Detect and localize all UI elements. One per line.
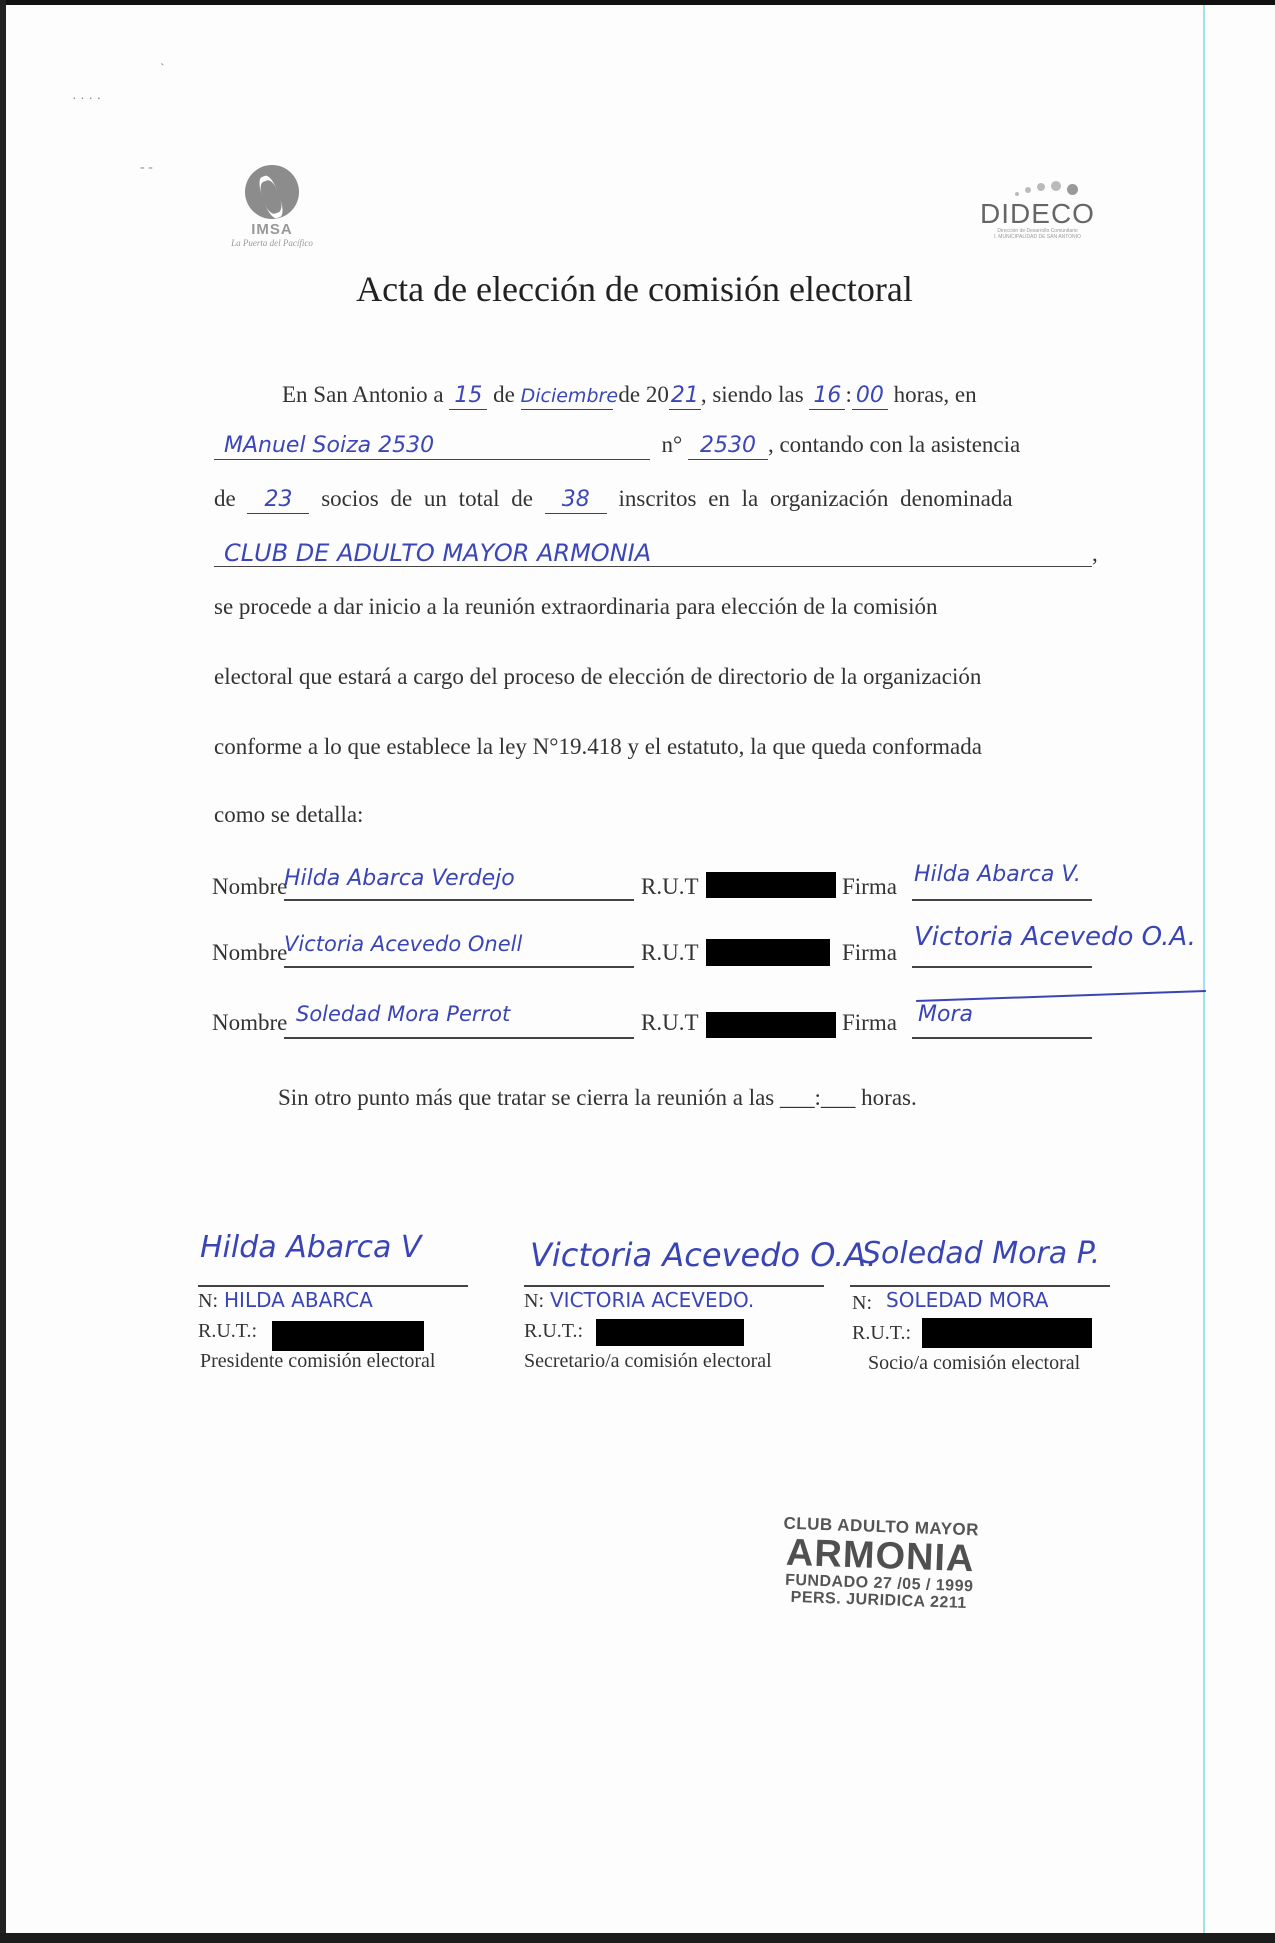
signature-line <box>850 1285 1110 1287</box>
secretary-name: VICTORIA ACEVEDO. <box>550 1288 754 1312</box>
signature-underline <box>912 966 1092 968</box>
dideco-subtitle-municipality: I. MUNICIPALIDAD DE SAN ANTONIO <box>975 234 1100 240</box>
member-name-field[interactable]: Victoria Acevedo Onell <box>284 932 522 956</box>
signature-underline <box>912 1037 1092 1039</box>
member-signature: Victoria Acevedo O.A. <box>914 922 1196 952</box>
closing-minute-field[interactable]: ___ <box>821 1085 856 1110</box>
role-label: Presidente comisión electoral <box>200 1350 435 1373</box>
dideco-name: DIDECO <box>975 200 1100 228</box>
day-field[interactable]: 15 <box>449 383 487 410</box>
year-field[interactable]: 21 <box>669 383 701 410</box>
scan-artifact: · · · · <box>72 92 101 108</box>
paragraph-line: como se detalla: <box>214 802 363 828</box>
member-name-bottom: SOLEDAD MORA <box>886 1288 1048 1312</box>
form-line-attendance: de 23 socios de un total de 38 inscritos… <box>214 486 1013 514</box>
paragraph-line: se procede a dar inicio a la reunión ext… <box>214 594 938 620</box>
scan-artifact: - - <box>140 160 153 176</box>
name-underline <box>284 899 634 901</box>
month-field[interactable]: Diciembre <box>521 383 613 410</box>
imsa-emblem-icon <box>245 165 299 219</box>
president-signature: Hilda Abarca V <box>200 1230 421 1265</box>
scan-artifact: ˋ <box>160 62 165 78</box>
organization-field[interactable]: CLUB DE ADULTO MAYOR ARMONIA <box>214 540 1092 567</box>
scan-border-bottom <box>0 1933 1275 1943</box>
role-label: Socio/a comisión electoral <box>868 1352 1080 1375</box>
member-name-field[interactable]: Hilda Abarca Verdejo <box>284 866 515 891</box>
closing-line: Sin otro punto más que tratar se cierra … <box>278 1085 917 1111</box>
paragraph-line: conforme a lo que establece la ley N°19.… <box>214 734 982 760</box>
form-line-address: MAnuel Soiza 2530 n° 2530, contando con … <box>214 432 1020 460</box>
attendees-field[interactable]: 23 <box>247 487 309 514</box>
signature-underline <box>912 899 1092 901</box>
rut-redaction <box>706 872 836 898</box>
member-signature: Mora <box>918 1002 973 1027</box>
member-signature-bottom: Soledad Mora P. <box>862 1236 1100 1271</box>
imsa-logo: IMSA La Puerta del Pacífico <box>212 165 332 248</box>
president-name: HILDA ABARCA <box>224 1288 373 1312</box>
secretary-signature: Victoria Acevedo O.A. <box>530 1236 877 1274</box>
rut-redaction <box>596 1319 744 1346</box>
minute-field[interactable]: 00 <box>852 383 888 410</box>
form-line-date: En San Antonio a 15 de Diciembre de 2021… <box>282 382 977 410</box>
closing-hour-field[interactable]: ___ <box>780 1085 815 1110</box>
address-field[interactable]: MAnuel Soiza 2530 <box>214 433 650 460</box>
name-underline <box>284 1037 634 1039</box>
rut-redaction <box>272 1321 424 1351</box>
dideco-logo: DIDECO Dirección de Desarrollo Comunitar… <box>975 178 1100 240</box>
form-line-organization: CLUB DE ADULTO MAYOR ARMONIA, <box>214 540 1098 567</box>
hour-field[interactable]: 16 <box>809 383 845 410</box>
street-number-field[interactable]: 2530 <box>688 433 768 460</box>
name-underline <box>284 966 634 968</box>
paragraph-line: electoral que estará a cargo del proceso… <box>214 664 981 690</box>
imsa-name: IMSA <box>212 221 332 238</box>
dideco-dots-icon <box>975 178 1100 200</box>
rut-redaction <box>706 939 830 966</box>
member-name-field[interactable]: Soledad Mora Perrot <box>296 1002 510 1026</box>
member-signature: Hilda Abarca V. <box>914 862 1081 887</box>
signature-line <box>524 1285 824 1287</box>
imsa-tagline: La Puerta del Pacífico <box>212 238 332 248</box>
role-label: Secretario/a comisión electoral <box>524 1350 772 1373</box>
organization-stamp: CLUB ADULTO MAYOR ARMONIA FUNDADO 27 /05… <box>768 1513 991 1613</box>
signature-line <box>198 1285 468 1287</box>
total-members-field[interactable]: 38 <box>545 487 607 514</box>
rut-redaction <box>706 1012 836 1038</box>
document-title: Acta de elección de comisión electoral <box>0 268 1269 310</box>
rut-redaction <box>922 1318 1092 1348</box>
